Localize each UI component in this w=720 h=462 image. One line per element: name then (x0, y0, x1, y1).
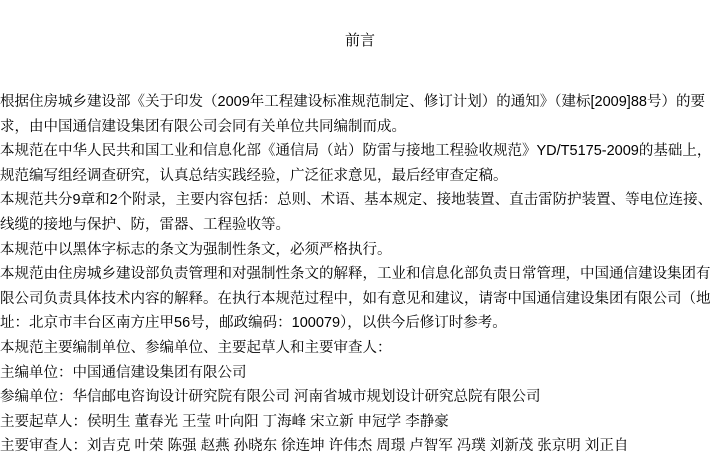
document-body: 根据住房城乡建设部《关于印发（2009年工程建设标准规范制定、修订计划）的通知》… (0, 90, 720, 459)
credit-line-chief-editor: 主编单位：中国通信建设集团有限公司 (0, 361, 720, 386)
credit-value: 刘吉克 叶荣 陈强 赵燕 孙晓东 徐连坤 许伟杰 周璟 卢智军 冯璞 刘新茂 张… (87, 438, 628, 454)
credit-colon: ： (58, 389, 73, 405)
credit-colon: ： (58, 365, 73, 381)
page-title: 前言 (0, 0, 720, 49)
credit-label: 参编单位 (0, 389, 58, 405)
paragraph-credits-intro: 本规范主要编制单位、参编单位、主要起草人和主要审查人： (0, 336, 720, 361)
paragraph-mandatory-clauses: 本规范中以黑体字标志的条文为强制性条文，必须严格执行。 (0, 238, 720, 263)
credit-line-reviewers: 主要审查人：刘吉克 叶荣 陈强 赵燕 孙晓东 徐连坤 许伟杰 周璟 卢智军 冯璞… (0, 434, 720, 459)
credit-value: 中国通信建设集团有限公司 (73, 365, 247, 381)
paragraph-drafting-process: 本规范在中华人民共和国工业和信息化部《通信局（站）防雷与接地工程验收规范》YD/… (0, 139, 720, 188)
document-page: 前言 根据住房城乡建设部《关于印发（2009年工程建设标准规范制定、修订计划）的… (0, 0, 720, 462)
credit-line-co-editors: 参编单位：华信邮电咨询设计研究院有限公司 河南省城市规划设计研究总院有限公司 (0, 385, 720, 410)
credit-colon: ： (73, 414, 88, 430)
credit-label: 主要起草人 (0, 414, 73, 430)
paragraph-contents-overview: 本规范共分9章和2个附录，主要内容包括：总则、术语、基本规定、接地装置、直击雷防… (0, 188, 720, 237)
paragraph-basis-notice: 根据住房城乡建设部《关于印发（2009年工程建设标准规范制定、修订计划）的通知》… (0, 90, 720, 139)
paragraph-management-feedback: 本规范由住房城乡建设部负责管理和对强制性条文的解释，工业和信息化部负责日常管理，… (0, 262, 720, 336)
credit-value: 华信邮电咨询设计研究院有限公司 河南省城市规划设计研究总院有限公司 (73, 389, 541, 405)
credit-label: 主编单位 (0, 365, 58, 381)
credit-label: 主要审查人 (0, 438, 73, 454)
credit-line-drafters: 主要起草人：侯明生 董春光 王莹 叶向阳 丁海峰 宋立新 申冠学 李静豪 (0, 410, 720, 435)
credit-value: 侯明生 董春光 王莹 叶向阳 丁海峰 宋立新 申冠学 李静豪 (87, 414, 449, 430)
credit-colon: ： (73, 438, 88, 454)
